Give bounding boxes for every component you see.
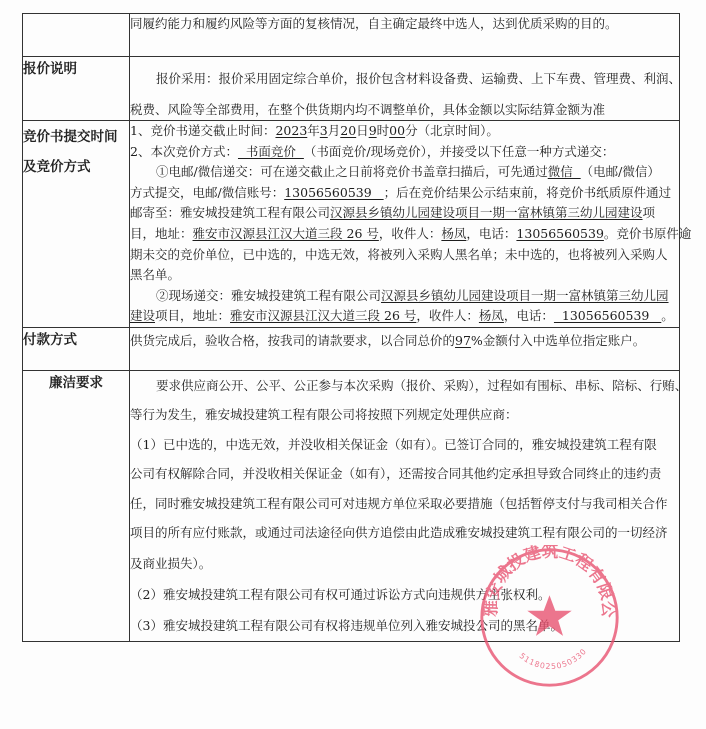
phone: 13056560539	[516, 226, 603, 241]
text: ，收件人：	[416, 308, 479, 323]
text: 邮寄至：雅安城投建筑工程有限公司	[130, 205, 330, 220]
bidding-method: 书面竞价	[238, 144, 304, 159]
option1-line: 邮寄至：雅安城投建筑工程有限公司汉源县乡镇幼儿园建设项目一期一富林镇第三幼儿园建…	[130, 203, 679, 224]
project-name: 汉源县乡镇幼儿园建设项目一期一富林镇第三幼儿园	[381, 288, 669, 303]
deadline-minute: 00	[389, 123, 405, 138]
text: ①电邮/微信递交：可在递交截止之日前将竞价书盖章扫描后，可先通过	[156, 164, 548, 179]
text: 。	[661, 308, 674, 323]
text: 项目，地址：	[155, 308, 230, 323]
text: 年	[307, 123, 320, 138]
text-line: 及商业损失）。	[130, 548, 679, 579]
option1-line: 期未交的竞价单位，已中选的，中选无效，将被列入采购人黑名单；未中选的，也将被列入…	[130, 245, 679, 266]
deadline-hour: 9	[369, 123, 377, 138]
row-content: 1、竞价书递交截止时间：2023年3月20日9时00分（北京时间）。 2、本次竞…	[130, 121, 680, 328]
deadline-line: 1、竞价书递交截止时间：2023年3月20日9时00分（北京时间）。	[130, 121, 679, 142]
phone: 13056560539	[554, 308, 661, 323]
text-line: 税费、风险等全部费用，在整个供货期内均不调整单价，具体金额以实际结算金额为准	[130, 87, 679, 118]
stamp-code: 5118025050330	[518, 647, 589, 671]
row-content: 报价采用：报价采用固定综合单价，报价包含材料设备费、运输费、上下车费、管理费、利…	[130, 57, 680, 121]
text-line: 公司有权解除合同，并没收相关保证金（如有），还需按合同其他约定承担导致合同终止的…	[130, 459, 679, 489]
recipient: 杨凤	[441, 226, 466, 241]
text: 月	[328, 123, 341, 138]
option1-line: 目，地址：雅安市汉源县江汉大道三段 26 号，收件人：杨凤，电话：1305656…	[130, 224, 679, 245]
row-label-quote-explanation: 报价说明	[23, 57, 130, 121]
table-row-quote-explanation: 报价说明 报价采用：报价采用固定综合单价，报价包含材料设备费、运输费、上下车费、…	[23, 57, 680, 121]
text: 2、本次竞价方式：	[130, 144, 238, 159]
text-line: 任，同时雅安城投建筑工程有限公司可对违规方单位采取必要措施（包括暂停支付与我司相…	[130, 489, 679, 519]
label-line: 及竞价方式	[23, 147, 129, 177]
text: %金额付入中选单位指定账户。	[471, 333, 645, 348]
table-row-qualification-continued: 同履约能力和履约风险等方面的复核情况，自主确定最终中选人，达到优质采购的目的。	[23, 14, 680, 57]
text: 1、竞价书递交截止时间：	[130, 123, 275, 138]
svg-text:5118025050330: 5118025050330	[518, 647, 589, 671]
text: 。竞价书原件逾	[604, 226, 692, 241]
payment-percent: 97	[455, 333, 471, 348]
text-line: 项目的所有应付账款，或通过司法途径向供方追偿由此造成雅安城投建筑工程有限公司的一…	[130, 518, 679, 548]
option1-line: 黑名单。	[130, 265, 679, 286]
project-name: 汉源县乡镇幼儿园建设项目一期一富林镇第三幼儿园建设	[330, 205, 643, 220]
document-page: 同履约能力和履约风险等方面的复核情况，自主确定最终中选人，达到优质采购的目的。 …	[0, 0, 706, 729]
text: ，电话：	[504, 308, 554, 323]
submission-channel: 微信	[548, 164, 581, 179]
address: 雅安市汉源县江汉大道三段 26 号	[230, 308, 416, 323]
option1-line: 方式提交，电邮/微信账号：13056560539 ；后在竞价结果公示结束前，将竞…	[130, 183, 679, 204]
deadline-year: 2023	[275, 123, 307, 138]
table-row-payment: 付款方式 供货完成后，验收合格，按我司的请款要求，以合同总价的97%金额付入中选…	[23, 327, 680, 370]
option1-line: ①电邮/微信递交：可在递交截止之日前将竞价书盖章扫描后，可先通过微信 （电邮/微…	[130, 162, 679, 183]
text: ，收件人：	[379, 226, 442, 241]
deadline-month: 3	[320, 123, 328, 138]
deadline-day: 20	[340, 123, 356, 138]
table-row-submission: 竞价书提交时间 及竞价方式 1、竞价书递交截止时间：2023年3月20日9时00…	[23, 121, 680, 328]
option2-line: 建设项目，地址：雅安市汉源县江汉大道三段 26 号，收件人：杨凤，电话： 130…	[130, 306, 679, 327]
table-row-integrity: 廉洁要求 要求供应商公开、公平、公正参与本次采购（报价、采购），过程如有围标、串…	[23, 370, 680, 641]
text: 时	[377, 123, 390, 138]
text: 供货完成后，验收合格，按我司的请款要求，以合同总价的	[130, 333, 455, 348]
row-label-payment: 付款方式	[23, 327, 130, 370]
option2-line: ②现场递交：雅安城投建筑工程有限公司汉源县乡镇幼儿园建设项目一期一富林镇第三幼儿…	[130, 286, 679, 307]
text: 目，地址：	[130, 226, 193, 241]
account-number: 13056560539	[284, 185, 383, 200]
method-line: 2、本次竞价方式： 书面竞价 （书面竞价/现场竞价），并接受以下任意一种方式递交…	[130, 142, 679, 163]
text-line: 同履约能力和履约风险等方面的复核情况，自主确定最终中选人，达到优质采购的目的。	[130, 14, 679, 32]
procurement-terms-table: 同履约能力和履约风险等方面的复核情况，自主确定最终中选人，达到优质采购的目的。 …	[22, 13, 680, 642]
label-line: 竞价书提交时间	[23, 121, 129, 147]
text-line: 等行为发生，雅安城投建筑工程有限公司将按照下列规定处理供应商：	[130, 400, 679, 430]
row-label-integrity: 廉洁要求	[23, 370, 130, 641]
address: 雅安市汉源县江汉大道三段 26 号	[193, 226, 379, 241]
text: 日	[356, 123, 369, 138]
text-line: （3）雅安城投建筑工程有限公司有权将违规单位列入雅安城投公司的黑名单。	[130, 610, 679, 641]
text: （电邮/微信）	[581, 164, 660, 179]
text-line: （2）雅安城投建筑工程有限公司有权可通过诉讼方式向违规供方主张权利。	[130, 579, 679, 610]
text: 项	[643, 205, 656, 220]
row-label-submission: 竞价书提交时间 及竞价方式	[23, 121, 130, 328]
text: （书面竞价/现场竞价），并接受以下任意一种方式递交：	[304, 144, 614, 159]
text-line: 要求供应商公开、公平、公正参与本次采购（报价、采购），过程如有围标、串标、陪标、…	[130, 371, 679, 401]
row-content: 同履约能力和履约风险等方面的复核情况，自主确定最终中选人，达到优质采购的目的。	[130, 14, 680, 57]
project-name: 建设	[130, 308, 155, 323]
text-line: （1）已中选的，中选无效，并没收相关保证金（如有）。已签订合同的，雅安城投建筑工…	[130, 430, 679, 460]
payment-line: 供货完成后，验收合格，按我司的请款要求，以合同总价的97%金额付入中选单位指定账…	[130, 328, 679, 349]
text: 方式提交，电邮/微信账号：	[130, 185, 284, 200]
row-content: 要求供应商公开、公平、公正参与本次采购（报价、采购），过程如有围标、串标、陪标、…	[130, 370, 680, 641]
text: ；后在竞价结果公示结束前，将竞价书纸质原件通过	[384, 185, 672, 200]
row-label-empty	[23, 14, 130, 57]
text: ，电话：	[466, 226, 516, 241]
text: 分（北京时间）。	[405, 123, 499, 138]
row-content: 供货完成后，验收合格，按我司的请款要求，以合同总价的97%金额付入中选单位指定账…	[130, 327, 680, 370]
text: ②现场递交：雅安城投建筑工程有限公司	[156, 288, 381, 303]
text-line: 报价采用：报价采用固定综合单价，报价包含材料设备费、运输费、上下车费、管理费、利…	[130, 57, 679, 87]
recipient: 杨凤	[479, 308, 504, 323]
